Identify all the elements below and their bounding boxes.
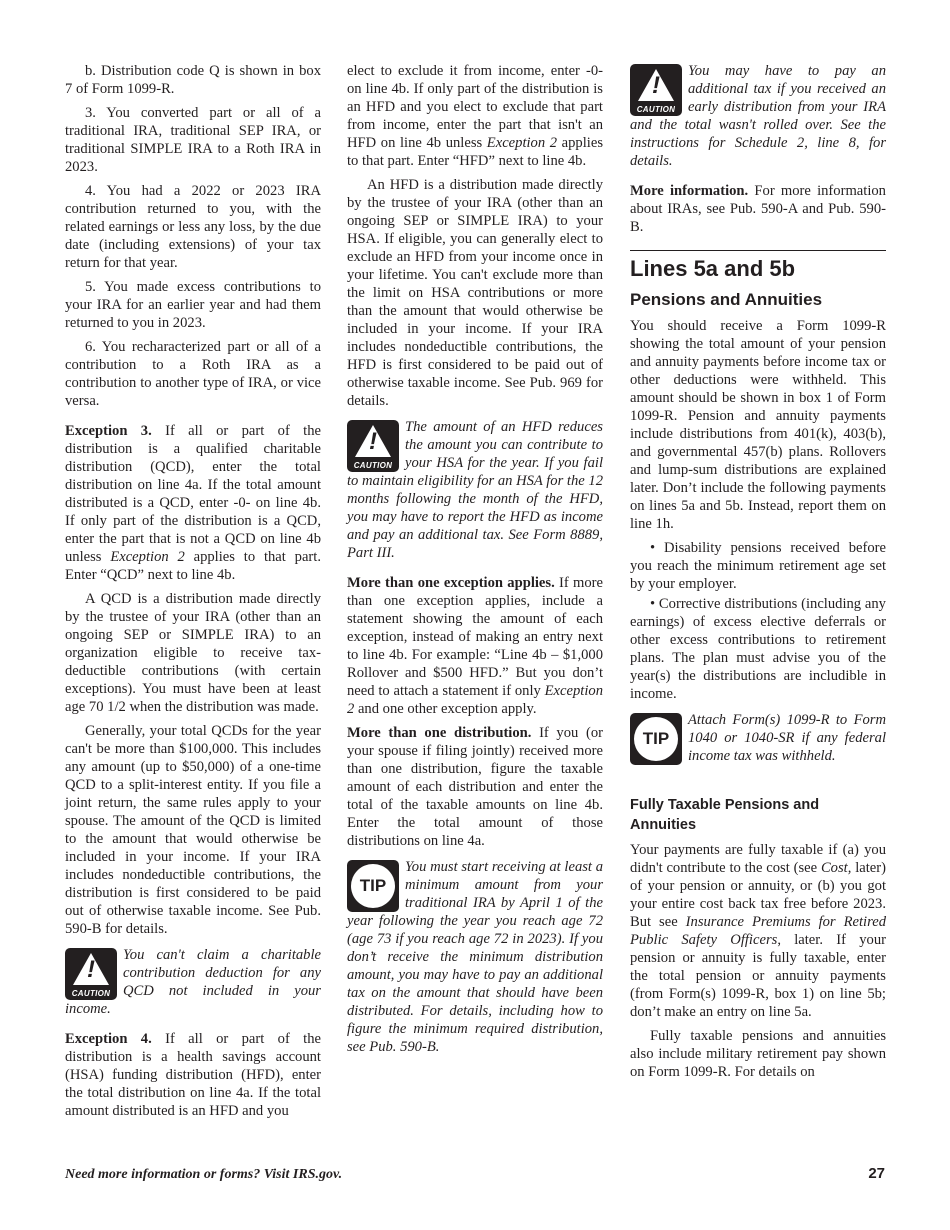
- caution-icon: ! CAUTION: [65, 948, 117, 1000]
- column-2: elect to exclude it from income, enter -…: [347, 62, 603, 1068]
- exception-4-heading: Exception 4.: [65, 1031, 152, 1047]
- tip-callout: TIP You must start receiving at least a …: [347, 858, 603, 1056]
- section-divider: [630, 250, 886, 251]
- tip-icon: TIP: [630, 713, 682, 765]
- bullet-list: • Disability pensions received before yo…: [630, 539, 886, 703]
- more-than-one-distribution-paragraph: More than one distribution. If you (or y…: [347, 724, 603, 850]
- caution-callout: ! CAUTION The amount of an HFD reduces t…: [347, 418, 603, 562]
- tip-text: Attach Form(s) 1099-R to Form 1040 or 10…: [688, 712, 886, 764]
- bullet-item: • Disability pensions received before yo…: [630, 539, 886, 593]
- fully-taxable-paragraph: Your payments are fully taxable if (a) y…: [630, 841, 886, 1021]
- list-item-b: b. Distribution code Q is shown in box 7…: [65, 62, 321, 98]
- caution-icon: ! CAUTION: [630, 64, 682, 116]
- bullet-item: • Corrective distributions (including an…: [630, 595, 886, 703]
- more-than-one-exception-heading: More than one exception applies.: [347, 575, 555, 591]
- section-subtitle: Pensions and Annuities: [630, 289, 886, 311]
- footer-irs-link-text: Need more information or forms? Visit IR…: [65, 1167, 342, 1183]
- tip-callout: TIP Attach Form(s) 1099-R to Form 1040 o…: [630, 711, 886, 765]
- more-than-one-distribution-heading: More than one distribution.: [347, 725, 531, 741]
- column-3: ! CAUTION You may have to pay an additio…: [630, 62, 886, 1087]
- section-title: Lines 5a and 5b: [630, 255, 886, 283]
- more-than-one-exception-paragraph: More than one exception applies. If more…: [347, 574, 603, 718]
- list-item-5: 5. You made excess contributions to your…: [65, 278, 321, 332]
- caution-callout: ! CAUTION You may have to pay an additio…: [630, 62, 886, 170]
- page-number: 27: [868, 1165, 885, 1182]
- list-item-4: 4. You had a 2022 or 2023 IRA contributi…: [65, 182, 321, 272]
- hfd-paragraph: An HFD is a distribution made directly b…: [347, 176, 603, 410]
- more-information-paragraph: More information. For more information a…: [630, 182, 886, 236]
- exception-4-paragraph: Exception 4. If all or part of the distr…: [65, 1030, 321, 1120]
- caution-icon: ! CAUTION: [347, 420, 399, 472]
- qcd-limit-paragraph: Generally, your total QCDs for the year …: [65, 722, 321, 938]
- military-pay-paragraph: Fully taxable pensions and annuities als…: [630, 1027, 886, 1081]
- caution-callout: ! CAUTION You can't claim a charitable c…: [65, 946, 321, 1018]
- tip-icon: TIP: [347, 860, 399, 912]
- exception-4-continued: elect to exclude it from income, enter -…: [347, 62, 603, 170]
- list-item-3: 3. You converted part or all of a tradit…: [65, 104, 321, 176]
- qcd-paragraph: A QCD is a distribution made directly by…: [65, 590, 321, 716]
- exception-3-heading: Exception 3.: [65, 423, 152, 439]
- exception-2-reference: Exception 2: [487, 135, 557, 151]
- cost-reference: Cost,: [821, 860, 851, 876]
- pensions-intro-paragraph: You should receive a Form 1099-R showing…: [630, 317, 886, 533]
- more-information-heading: More information.: [630, 183, 748, 199]
- exception-2-reference: Exception 2: [110, 549, 184, 565]
- list-item-6: 6. You recharacterized part or all of a …: [65, 338, 321, 410]
- fully-taxable-heading: Fully Taxable Pensions and Annuities: [630, 795, 886, 835]
- column-1: b. Distribution code Q is shown in box 7…: [65, 62, 321, 1126]
- exception-3-paragraph: Exception 3. If all or part of the distr…: [65, 422, 321, 584]
